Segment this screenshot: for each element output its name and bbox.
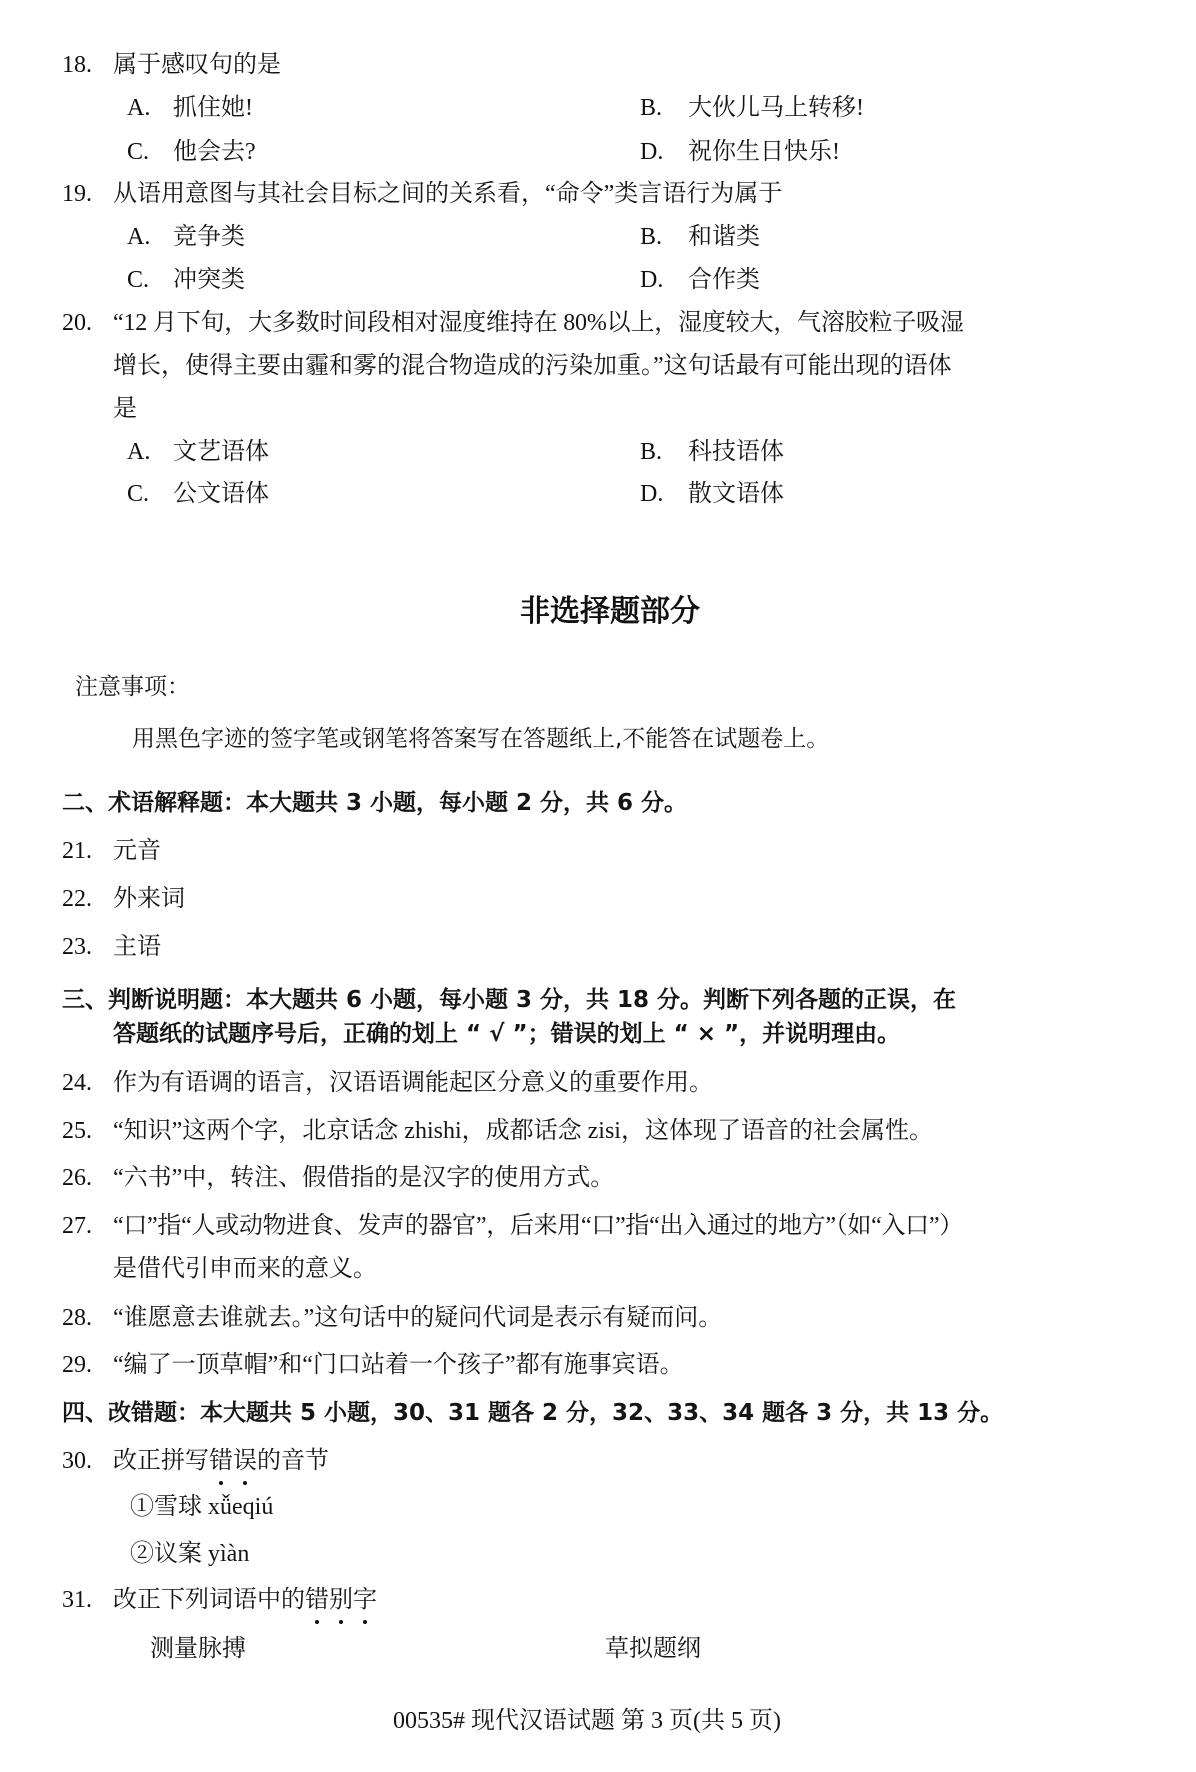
statement-text: “编了一顶草帽”和“门口站着一个孩子”都有施事宾语。 [113, 1350, 684, 1380]
statement-text: “六书”中，转注、假借指的是汉字的使用方式。 [113, 1163, 614, 1193]
question-number: 21. [62, 836, 92, 866]
option-text: 和谐类 [688, 222, 760, 252]
option-label: A. [127, 93, 150, 123]
emphasized-char: 错 [305, 1585, 329, 1615]
question-stem: 从语用意图与其社会目标之间的关系看，“命令”类言语行为属于 [113, 179, 782, 209]
option-label: C. [127, 137, 149, 167]
pinyin-item: ①雪球 xǚeqiú [130, 1492, 273, 1522]
option-text: 文艺语体 [173, 437, 269, 467]
emphasized-char: 别 [329, 1585, 353, 1615]
question-number: 29. [62, 1350, 92, 1380]
section-3-header-line: 三、判断说明题：本大题共 6 小题，每小题 3 分，共 18 分。判断下列各题的… [62, 985, 956, 1015]
statement-text: “知识”这两个字，北京话念 zhishi，成都话念 zisi，这体现了语音的社会… [113, 1116, 933, 1146]
term-text: 主语 [113, 932, 161, 962]
statement-text: “谁愿意去谁就去。”这句话中的疑问代词是表示有疑而问。 [113, 1303, 722, 1333]
question-number: 19. [62, 179, 92, 209]
question-stem-line: 是 [113, 394, 137, 424]
emphasized-char: 字 [353, 1585, 377, 1615]
question-number: 28. [62, 1303, 92, 1333]
part-title: 非选择题部分 [520, 594, 700, 630]
notice-label: 注意事项： [75, 672, 190, 702]
option-text: 他会去? [173, 137, 256, 167]
option-label: B. [640, 222, 662, 252]
question-stem-line: 增长，使得主要由霾和雾的混合物造成的污染加重。”这句话最有可能出现的语体 [113, 351, 952, 381]
option-text: 抓住她! [173, 93, 253, 123]
question-stem: 改正下列词语中的错别字 [113, 1585, 377, 1615]
option-text: 科技语体 [688, 437, 784, 467]
page-footer: 00535# 现代汉语试题 第 3 页(共 5 页) [393, 1706, 781, 1736]
option-label: A. [127, 222, 150, 252]
option-label: C. [127, 479, 149, 509]
statement-text: 作为有语调的语言，汉语语调能起区分意义的重要作用。 [113, 1068, 713, 1098]
question-number: 27. [62, 1211, 92, 1241]
question-stem: 属于感叹句的是 [113, 50, 281, 80]
statement-text: 是借代引申而来的意义。 [113, 1254, 377, 1284]
section-3-header-line: 答题纸的试题序号后，正确的划上 “ √ ”；错误的划上 “ × ”，并说明理由。 [113, 1019, 900, 1049]
question-number: 31. [62, 1585, 92, 1615]
option-text: 祝你生日快乐! [688, 137, 840, 167]
emphasized-char: 误 [233, 1446, 257, 1476]
option-label: A. [127, 437, 150, 467]
option-label: D. [640, 137, 663, 167]
option-text: 散文语体 [688, 479, 784, 509]
term-text: 外来词 [113, 884, 185, 914]
option-text: 冲突类 [173, 265, 245, 295]
stem-pre: 改正下列词语中的 [113, 1587, 305, 1613]
stem-post: 的音节 [257, 1448, 329, 1474]
option-label: B. [640, 93, 662, 123]
option-label: C. [127, 265, 149, 295]
option-text: 竞争类 [173, 222, 245, 252]
option-label: B. [640, 437, 662, 467]
emphasized-char: 错 [209, 1446, 233, 1476]
question-stem: 改正拼写错误的音节 [113, 1446, 329, 1476]
option-text: 公文语体 [173, 479, 269, 509]
question-stem-line: “12 月下旬，大多数时间段相对湿度维持在 80%以上，湿度较大，气溶胶粒子吸湿 [113, 308, 964, 338]
section-2-header: 二、术语解释题：本大题共 3 小题，每小题 2 分，共 6 分。 [62, 788, 687, 818]
option-text: 大伙儿马上转移! [688, 93, 864, 123]
question-number: 23. [62, 932, 92, 962]
question-number: 18. [62, 50, 92, 80]
question-number: 22. [62, 884, 92, 914]
question-number: 26. [62, 1163, 92, 1193]
statement-text: “口”指“人或动物进食、发声的器官”，后来用“口”指“出入通过的地方”（如“入口… [113, 1211, 963, 1241]
question-number: 25. [62, 1116, 92, 1146]
option-label: D. [640, 265, 663, 295]
question-number: 30. [62, 1446, 92, 1476]
word-item: 草拟题纲 [605, 1634, 701, 1664]
question-number: 24. [62, 1068, 92, 1098]
question-number: 20. [62, 308, 92, 338]
section-4-header: 四、改错题：本大题共 5 小题，30、31 题各 2 分，32、33、34 题各… [62, 1398, 1003, 1428]
option-text: 合作类 [688, 265, 760, 295]
stem-pre: 改正拼写 [113, 1448, 209, 1474]
option-label: D. [640, 479, 663, 509]
word-item: 测量脉搏 [150, 1634, 246, 1664]
pinyin-item: ②议案 yìàn [130, 1539, 249, 1569]
notice-text: 用黑色字迹的签字笔或钢笔将答案写在答题纸上,不能答在试题卷上。 [132, 724, 829, 754]
term-text: 元音 [113, 836, 161, 866]
